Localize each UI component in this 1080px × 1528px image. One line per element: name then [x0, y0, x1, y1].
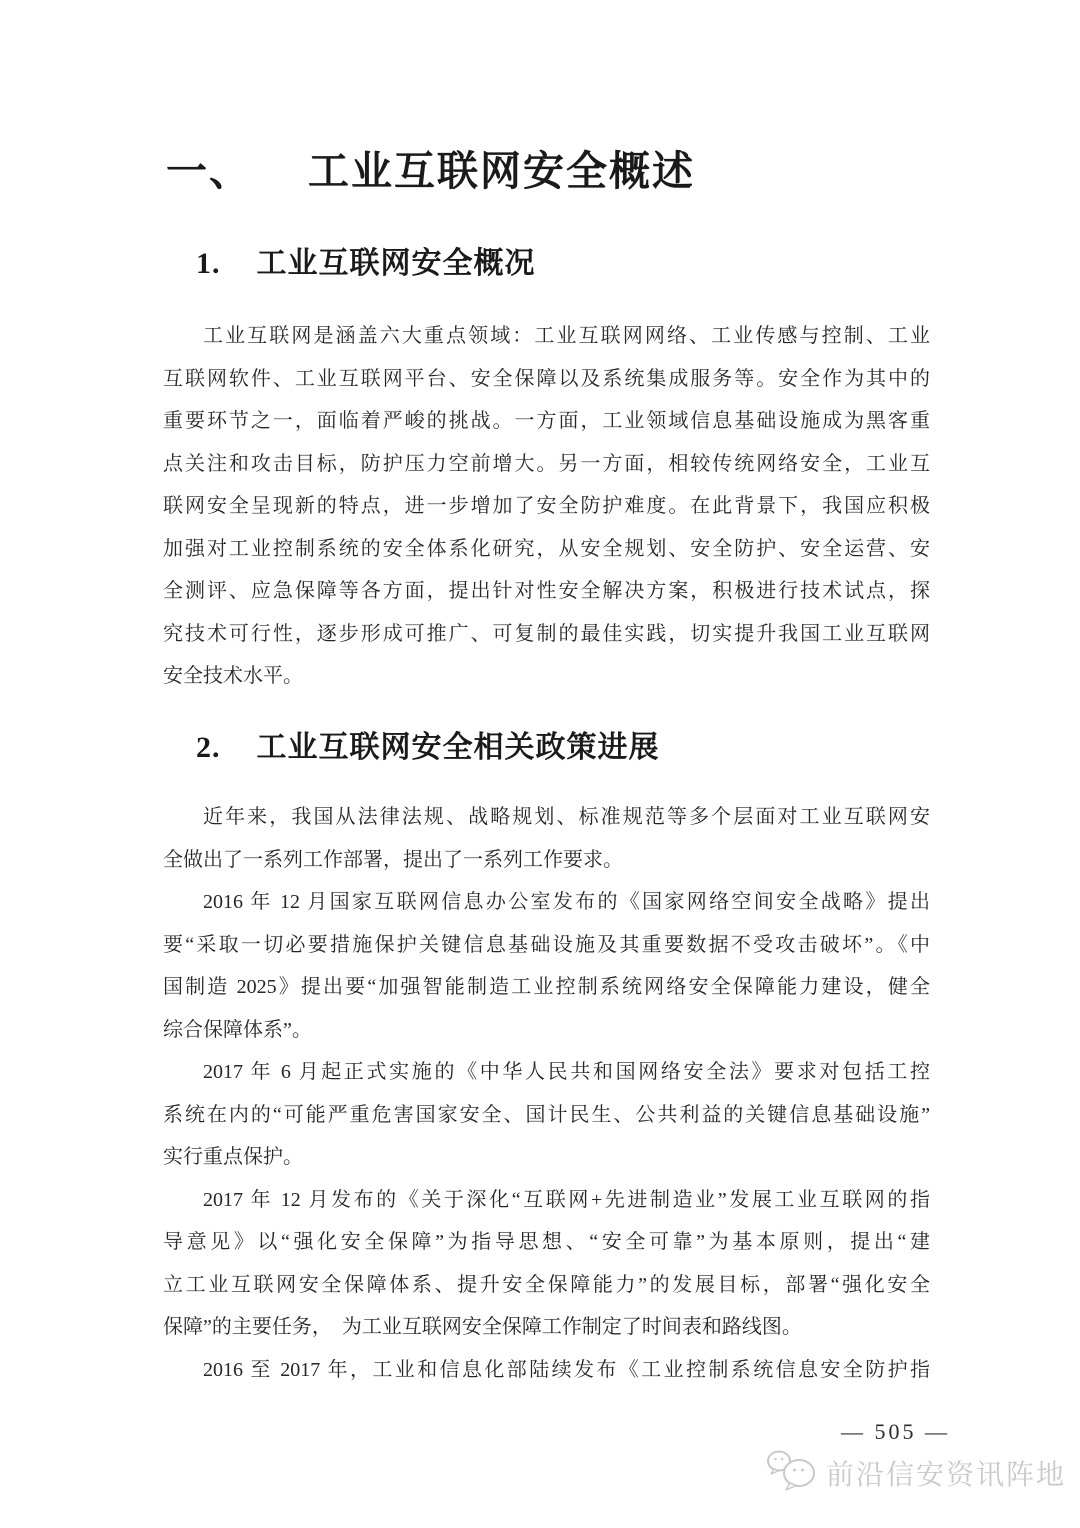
text-line: 究技术可行性，逐步形成可推广、可复制的最佳实践，切实提升我国工业互联网: [163, 613, 930, 656]
text-line: 2016 年 12 月国家互联网信息办公室发布的《国家网络空间安全战略》提出: [163, 881, 930, 924]
watermark: 前沿信安资讯阵地: [766, 1448, 1066, 1497]
text-line: 安全技术水平。: [163, 655, 930, 698]
text-line: 国制造 2025》提出要“加强智能制造工业控制系统网络安全保障能力建设，健全: [163, 966, 930, 1009]
text-line: 全做出了一系列工作部署，提出了一系列工作要求。: [163, 839, 930, 882]
text-line: 保障”的主要任务， 为工业互联网安全保障工作制定了时间表和路线图。: [163, 1306, 930, 1349]
text-line: 2017 年 6 月起正式实施的《中华人民共和国网络安全法》要求对包括工控: [163, 1051, 930, 1094]
section-2-body: 近年来，我国从法律法规、战略规划、标准规范等多个层面对工业互联网安 全做出了一系…: [163, 796, 930, 1391]
text-line: 重要环节之一，面临着严峻的挑战。一方面，工业领域信息基础设施成为黑客重: [163, 400, 930, 443]
section-1-heading: 1.工业互联网安全概况: [196, 238, 536, 282]
chapter-title: 一、工业互联网安全概述: [166, 138, 695, 197]
chapter-title-text: 工业互联网安全概述: [308, 148, 695, 194]
text-line: 近年来，我国从法律法规、战略规划、标准规范等多个层面对工业互联网安: [163, 796, 930, 839]
text-line: 点关注和攻击目标，防护压力空前增大。另一方面，相较传统网络安全，工业互: [163, 443, 930, 486]
watermark-text: 前沿信安资讯阵地: [826, 1453, 1066, 1493]
text-line: 要“采取一切必要措施保护关键信息基础设施及其重要数据不受攻击破坏”。《中: [163, 924, 930, 967]
document-page: 一、工业互联网安全概述 1.工业互联网安全概况 工业互联网是涵盖六大重点领域：工…: [0, 0, 1080, 1528]
text-line: 工业互联网是涵盖六大重点领域：工业互联网网络、工业传感与控制、工业: [163, 315, 930, 358]
text-line: 立工业互联网安全保障体系、提升安全保障能力”的发展目标，部署“强化安全: [163, 1264, 930, 1307]
text-line: 导意见》以“强化安全保障”为指导思想、“安全可靠”为基本原则，提出“建: [163, 1221, 930, 1264]
section-2-title: 工业互联网安全相关政策进展: [257, 731, 660, 764]
section-2-heading: 2.工业互联网安全相关政策进展: [196, 722, 660, 766]
text-line: 全测评、应急保障等各方面，提出针对性安全解决方案，积极进行技术试点，探: [163, 570, 930, 613]
chat-bubbles-icon: [766, 1448, 820, 1497]
text-line: 实行重点保护。: [163, 1136, 930, 1179]
text-line: 综合保障体系”。: [163, 1009, 930, 1052]
section-1-number: 1.: [196, 247, 221, 280]
text-line: 系统在内的“可能严重危害国家安全、国计民生、公共利益的关键信息基础设施”: [163, 1094, 930, 1137]
section-2-number: 2.: [196, 731, 221, 764]
chapter-number: 一、: [166, 148, 252, 194]
text-line: 联网安全呈现新的特点，进一步增加了安全防护难度。在此背景下，我国应积极: [163, 485, 930, 528]
page-number: — 505 —: [841, 1419, 950, 1445]
text-line: 互联网软件、工业互联网平台、安全保障以及系统集成服务等。安全作为其中的: [163, 358, 930, 401]
section-1-title: 工业互联网安全概况: [257, 247, 536, 280]
text-line: 2016 至 2017 年，工业和信息化部陆续发布《工业控制系统信息安全防护指: [163, 1349, 930, 1392]
section-1-body: 工业互联网是涵盖六大重点领域：工业互联网网络、工业传感与控制、工业 互联网软件、…: [163, 315, 930, 698]
text-line: 加强对工业控制系统的安全体系化研究，从安全规划、安全防护、安全运营、安: [163, 528, 930, 571]
text-line: 2017 年 12 月发布的《关于深化“互联网+先进制造业”发展工业互联网的指: [163, 1179, 930, 1222]
